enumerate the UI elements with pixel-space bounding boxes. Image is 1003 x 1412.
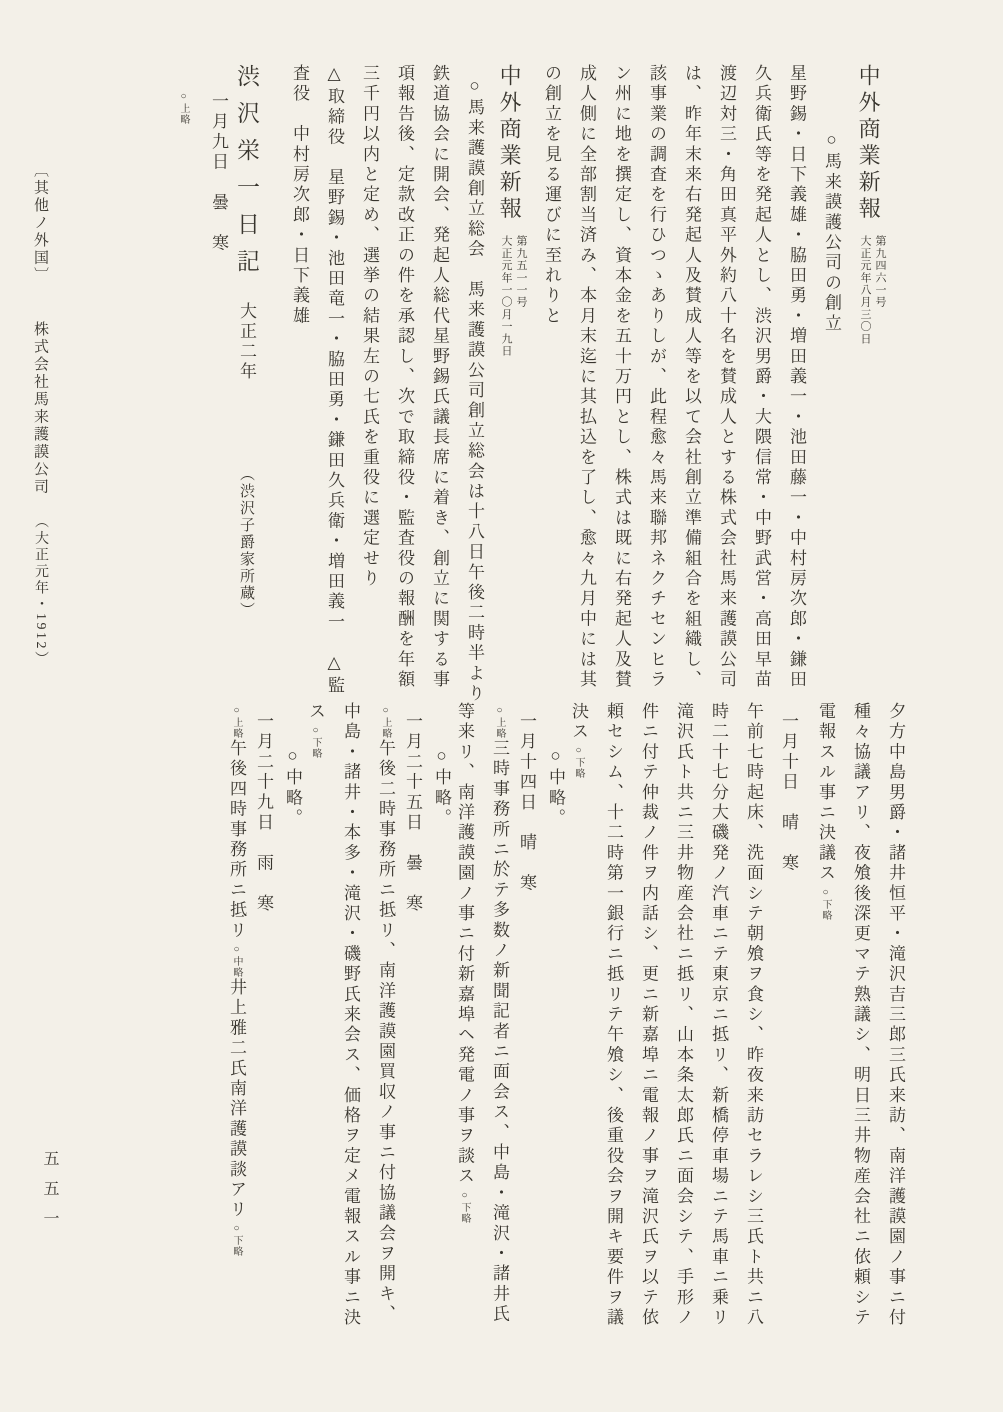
text-run: 滝沢氏ト共ニ三井物産会社ニ抵リ、山本条太郎氏ニ面会シテ、手形ノ (674, 702, 693, 1328)
diary-body-column: 午前七時起床、洗面シテ朝飧ヲ食シ、昨夜来訪セラレシ三氏ト共ニ八 (742, 702, 765, 1346)
issue-line: 第九五一一号 (513, 235, 528, 357)
text-run: 久兵衛氏等を発起人とし、渋沢男爵・大隈信常・中野武営・高田早苗 (752, 64, 771, 690)
text-run: 電報スル事ニ決議ス (816, 702, 835, 884)
text-run: △取締役 星野錫・池田竜一・脇田勇・鎌田久兵衛・増田義一 △監 (325, 64, 344, 696)
text-run: 中島・諸井・本多・滝沢・磯野氏来会ス、価格ヲ定メ電報スル事ニ決 (341, 702, 360, 1328)
diary-year: 大正二年 (237, 286, 256, 382)
text-run: 一月二十九日 雨 寒 (254, 712, 273, 914)
issue-info: 第九四六一号大正元年八月三〇日 (857, 235, 887, 345)
article-body-column: 成人側に全部割当済み、本月末迄に其払込を了し、愈々九月中には其 (575, 64, 598, 708)
article-body-column: 鉄道協会に開会、発起人総代星野錫氏議長席に着き、創立に関する事 (428, 64, 451, 708)
text-run: 一月十四日 晴 寒 (517, 712, 536, 894)
text-run: 午後二時事務所ニ抵リ、南洋護謨園買収ノ事ニ付協議会ヲ開キ、 (376, 739, 395, 1325)
article-title-column: ○馬来護謨創立総会 馬来護謨公司創立総会は十八日午後二時半より (463, 64, 486, 720)
issue-line: 大正元年八月三〇日 (857, 235, 872, 345)
diary-title: 渋沢栄一日記 (234, 64, 259, 286)
newspaper-masthead-column: 中外商業新報第九四六一号大正元年八月三〇日 (857, 64, 887, 708)
page-number: 五五一 (38, 1150, 61, 1240)
omission-mark: ○下略 (310, 722, 321, 759)
article-body-column: 査役 中村房次郎・日下義雄 (288, 64, 311, 708)
omission-mark: ○上略 (231, 702, 242, 739)
diary-body-column: ○上略三時事務所ニ於テ多数ノ新聞記者ニ面会ス、中島・滝沢・諸井氏 (488, 702, 511, 1346)
text-run: 査役 中村房次郎・日下義雄 (290, 64, 309, 327)
text-run: ス (306, 702, 325, 722)
text-run: ○中略。 (546, 746, 565, 829)
diary-entries-section: 夕方中島男爵・諸井恒平・滝沢吉三郎三氏来訪、南洋護謨園ノ事ニ付種々協議アリ、夜飧… (225, 702, 919, 1346)
article-body-column: 該事業の調査を行ひつゝありしが、此程愈々馬来聯邦ネクチセンヒラ (645, 64, 668, 708)
text-run: 時二十七分大磯発ノ汽車ニテ東京ニ抵リ、新橋停車場ニテ馬車ニ乗リ (709, 702, 728, 1328)
diary-body-column: 等来リ、南洋護謨園ノ事ニ付新嘉埠ヘ発電ノ事ヲ談ス○下略 (453, 702, 476, 1346)
text-run: 一月十日 晴 寒 (779, 712, 798, 874)
article-body-column: の創立を見る運びに至れりと (540, 64, 563, 708)
diary-body-column: 夕方中島男爵・諸井恒平・滝沢吉三郎三氏来訪、南洋護謨園ノ事ニ付 (884, 702, 907, 1346)
omission-note-column: ○上略 (172, 64, 195, 732)
text-run: 夕方中島男爵・諸井恒平・滝沢吉三郎三氏来訪、南洋護謨園ノ事ニ付 (886, 702, 905, 1328)
article-title-column: ○馬来謨護公司の創立 (820, 64, 843, 774)
article-body-column: 項報告後、定款改正の件を承認し、次で取締役・監査役の報酬を年額 (393, 64, 416, 708)
article-body-column: 星野錫・日下義雄・脇田勇・増田義一・池田藤一・中村房次郎・鎌田 (785, 64, 808, 708)
omission-mark: ○上略 (380, 702, 391, 739)
diary-body-column: 種々協議アリ、夜飧後深更マテ熟議シ、明日三井物産会社ニ依頼シテ (849, 702, 872, 1346)
omission-note-column: ○中略。 (281, 702, 304, 1390)
text-run: 午後四時事務所ニ抵リ (227, 739, 246, 941)
text-run: ン州に地を撰定し、資本金を五十万円とし、株式は既に右発起人及賛 (612, 64, 631, 690)
diary-masthead-column: 渋沢栄一日記大正二年（渋沢子爵家所蔵） (234, 64, 258, 708)
diary-body-column: 時二十七分大磯発ノ汽車ニテ東京ニ抵リ、新橋停車場ニテ馬車ニ乗リ (707, 702, 730, 1346)
text-run: ○馬来謨護公司の創立 (822, 130, 841, 334)
diary-date-column: 一月十日 晴 寒 (777, 702, 800, 1356)
omission-mark: ○上略 (494, 702, 505, 739)
diary-owner: （渋沢子爵家所蔵） (238, 382, 254, 619)
diary-date-column: 一月九日 曇 寒 (207, 64, 230, 736)
text-run: は、昨年末来右発起人及賛成人等を以て会社創立準備組合を組織し、 (682, 64, 701, 690)
text-run: 件ニ付テ仲裁ノ件ヲ内話シ、更ニ新嘉埠ニ電報ノ事ヲ滝沢氏ヲ以テ依 (639, 702, 658, 1328)
text-run: 井上雅二氏南洋護謨談アリ (227, 978, 246, 1220)
margin-label-column: 〔其他ノ外国〕 株式会社馬来護謨公司 （大正元年・1912） (30, 162, 50, 702)
diary-body-column: ○上略午後二時事務所ニ抵リ、南洋護謨園買収ノ事ニ付協議会ヲ開キ、 (374, 702, 397, 1346)
text-run: 等来リ、南洋護謨園ノ事ニ付新嘉埠ヘ発電ノ事ヲ談ス (455, 702, 474, 1187)
margin-year-label: （大正元年・1912） (33, 502, 48, 668)
text-run: 該事業の調査を行ひつゝありしが、此程愈々馬来聯邦ネクチセンヒラ (647, 64, 666, 690)
newspaper-masthead-column: 中外商業新報第九五一一号大正元年一〇月一九日 (498, 64, 528, 708)
diary-body-column: ○上略午後四時事務所ニ抵リ○中略井上雅二氏南洋護謨談アリ○下略 (225, 702, 248, 1346)
diary-body-column: 中島・諸井・本多・滝沢・磯野氏来会ス、価格ヲ定メ電報スル事ニ決 (339, 702, 362, 1346)
newspaper-articles-section: 中外商業新報第九四六一号大正元年八月三〇日○馬来謨護公司の創立星野錫・日下義雄・… (172, 64, 899, 708)
omission-note-column: ○中略。 (544, 702, 567, 1390)
diary-date-column: 一月二十九日 雨 寒 (252, 702, 275, 1356)
omission-mark: ○下略 (459, 1187, 470, 1224)
article-body-column: は、昨年末来右発起人及賛成人等を以て会社創立準備組合を組織し、 (680, 64, 703, 708)
omission-mark: ○下略 (231, 1220, 242, 1257)
omission-mark: ○上略 (178, 88, 189, 125)
text-run: 項報告後、定款改正の件を承認し、次で取締役・監査役の報酬を年額 (395, 64, 414, 690)
diary-body-column: 件ニ付テ仲裁ノ件ヲ内話シ、更ニ新嘉埠ニ電報ノ事ヲ滝沢氏ヲ以テ依 (637, 702, 660, 1346)
article-body-column: △取締役 星野錫・池田竜一・脇田勇・鎌田久兵衛・増田義一 △監 (323, 64, 346, 708)
article-body-column: 三千円以内と定め、選挙の結果左の七氏を重役に選定せり (358, 64, 381, 708)
article-body-column: 久兵衛氏等を発起人とし、渋沢男爵・大隈信常・中野武営・高田早苗 (750, 64, 773, 708)
diary-body-column: 頼セシム、十二時第一銀行ニ抵リテ午飧シ、後重役会ヲ開キ要件ヲ議 (602, 702, 625, 1346)
omission-mark: ○下略 (573, 742, 584, 779)
issue-line: 第九四六一号 (872, 235, 887, 345)
newspaper-name: 中外商業新報 (856, 64, 881, 223)
diary-body-column: ス○下略 (304, 702, 327, 1346)
text-run: 星野錫・日下義雄・脇田勇・増田義一・池田藤一・中村房次郎・鎌田 (787, 64, 806, 690)
diary-body-column: 滝沢氏ト共ニ三井物産会社ニ抵リ、山本条太郎氏ニ面会シテ、手形ノ (672, 702, 695, 1346)
text-run: の創立を見る運びに至れりと (542, 64, 561, 327)
newspaper-name: 中外商業新報 (497, 64, 522, 223)
text-run: 決ス (569, 702, 588, 742)
issue-info: 第九五一一号大正元年一〇月一九日 (498, 235, 528, 357)
text-run: ○中略。 (283, 746, 302, 829)
diary-body-column: 電報スル事ニ決議ス○下略 (814, 702, 837, 1346)
text-run: ○中略。 (432, 746, 451, 829)
text-run: 三時事務所ニ於テ多数ノ新聞記者ニ面会ス、中島・滝沢・諸井氏 (490, 739, 509, 1325)
omission-mark: ○中略 (231, 941, 242, 978)
text-run: 一月九日 曇 寒 (209, 92, 228, 254)
omission-note-column: ○中略。 (430, 702, 453, 1390)
text-run: 種々協議アリ、夜飧後深更マテ熟議シ、明日三井物産会社ニ依頼シテ (851, 702, 870, 1328)
text-run: 鉄道協会に開会、発起人総代星野錫氏議長席に着き、創立に関する事 (430, 64, 449, 690)
diary-date-column: 一月十四日 晴 寒 (515, 702, 538, 1356)
article-body-column: ン州に地を撰定し、資本金を五十万円とし、株式は既に右発起人及賛 (610, 64, 633, 708)
text-run: 頼セシム、十二時第一銀行ニ抵リテ午飧シ、後重役会ヲ開キ要件ヲ議 (604, 702, 623, 1328)
text-run: 一月二十五日 曇 寒 (403, 712, 422, 914)
margin-company-label: 株式会社馬来護謨公司 (32, 291, 48, 496)
text-run: 成人側に全部割当済み、本月末迄に其払込を了し、愈々九月中には其 (577, 64, 596, 690)
text-run: ○馬来護謨創立総会 馬来護謨公司創立総会は十八日午後二時半より (465, 76, 484, 704)
text-run: 午前七時起床、洗面シテ朝飧ヲ食シ、昨夜来訪セラレシ三氏ト共ニ八 (744, 702, 763, 1328)
diary-body-column: 決ス○下略 (567, 702, 590, 1346)
margin-category-label: 〔其他ノ外国〕 (32, 162, 48, 285)
article-body-column: 渡辺対三・角田真平外約八十名を賛成人とする株式会社馬来護謨公司 (715, 64, 738, 708)
issue-line: 大正元年一〇月一九日 (498, 235, 513, 357)
text-run: 渡辺対三・角田真平外約八十名を賛成人とする株式会社馬来護謨公司 (717, 64, 736, 690)
diary-date-column: 一月二十五日 曇 寒 (401, 702, 424, 1356)
omission-mark: ○下略 (820, 884, 831, 921)
text-run: 三千円以内と定め、選挙の結果左の七氏を重役に選定せり (360, 64, 379, 589)
page-sheet: 中外商業新報第九四六一号大正元年八月三〇日○馬来謨護公司の創立星野錫・日下義雄・… (0, 0, 1003, 1412)
